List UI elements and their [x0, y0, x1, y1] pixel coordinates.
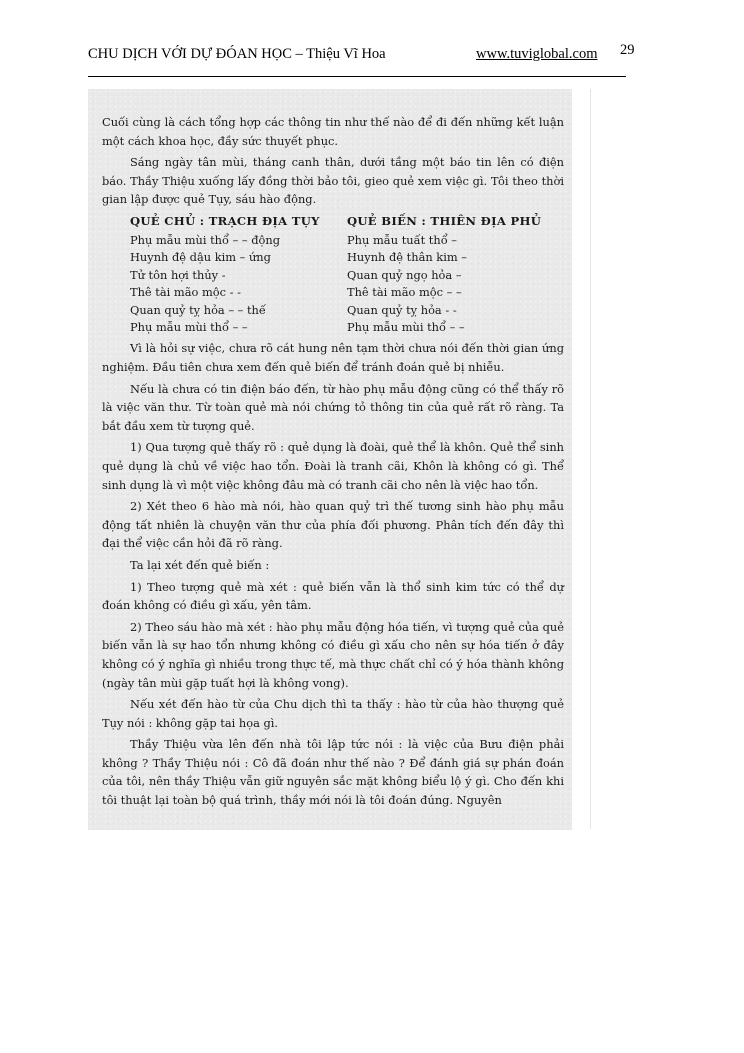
paragraph: 1) Qua tượng quẻ thấy rõ : quẻ dụng là đ…	[102, 438, 564, 494]
hexagram-line: Huynh đệ dậu kim – ứng	[130, 249, 347, 266]
hexagram-line: Phụ mẫu mùi thổ – – động	[130, 232, 347, 249]
page-header: CHU DỊCH VỚI DỰ ĐÓAN HỌC – Thiệu Vĩ Hoa …	[88, 44, 628, 68]
hexagram-line: Thê tài mão mộc - -	[130, 284, 347, 301]
paragraph: 2) Theo sáu hào mà xét : hào phụ mẫu độn…	[102, 618, 564, 692]
hexagram-line: Quan quỷ tỵ hỏa - -	[347, 302, 564, 319]
page-number: 29	[620, 42, 635, 59]
hexagram-line: Tử tôn hợi thủy -	[130, 267, 347, 284]
paragraph: Thầy Thiệu vừa lên đến nhà tôi lập tức n…	[102, 735, 564, 809]
hexagram-table: QUẺ CHỦ : TRẠCH ĐỊA TỤY Phụ mẫu mùi thổ …	[130, 212, 564, 336]
hexagram-line: Phụ mẫu tuất thổ –	[347, 232, 564, 249]
scanned-page-image: Cuối cùng là cách tổng hợp các thông tin…	[88, 89, 572, 830]
header-divider	[88, 76, 626, 77]
scanned-text-block: Cuối cùng là cách tổng hợp các thông tin…	[102, 113, 564, 813]
paragraph: Vì là hỏi sự việc, chưa rõ cát hung nên …	[102, 339, 564, 376]
paragraph: Cuối cùng là cách tổng hợp các thông tin…	[102, 113, 564, 150]
paragraph: Sáng ngày tân mùi, tháng canh thân, dưới…	[102, 153, 564, 209]
que-chu-heading: QUẺ CHỦ : TRẠCH ĐỊA TỤY	[130, 212, 347, 231]
paragraph: 2) Xét theo 6 hào mà nói, hào quan quỷ t…	[102, 497, 564, 553]
hexagram-line: Thê tài mão mộc – –	[347, 284, 564, 301]
paragraph: 1) Theo tượng quẻ mà xét : quẻ biến vẫn …	[102, 578, 564, 615]
document-title: CHU DỊCH VỚI DỰ ĐÓAN HỌC – Thiệu Vĩ Hoa	[88, 46, 386, 63]
hexagram-line: Huynh đệ thân kim –	[347, 249, 564, 266]
que-bien-heading: QUẺ BIẾN : THIÊN ĐỊA PHỦ	[347, 212, 564, 231]
website-link[interactable]: www.tuviglobal.com	[476, 46, 598, 63]
scan-edge-line	[590, 89, 591, 829]
paragraph: Ta lại xét đến quẻ biến :	[102, 556, 564, 575]
paragraph: Nếu xét đến hào từ của Chu dịch thì ta t…	[102, 695, 564, 732]
hexagram-line: Phụ mẫu mùi thổ – –	[130, 319, 347, 336]
hexagram-line: Quan quỷ ngọ hỏa –	[347, 267, 564, 284]
hexagram-line: Phụ mẫu mùi thổ – –	[347, 319, 564, 336]
que-chu-column: QUẺ CHỦ : TRẠCH ĐỊA TỤY Phụ mẫu mùi thổ …	[130, 212, 347, 336]
paragraph: Nếu là chưa có tin điện báo đến, từ hào …	[102, 380, 564, 436]
hexagram-line: Quan quỷ tỵ hỏa – – thế	[130, 302, 347, 319]
que-bien-column: QUẺ BIẾN : THIÊN ĐỊA PHỦ Phụ mẫu tuất th…	[347, 212, 564, 336]
